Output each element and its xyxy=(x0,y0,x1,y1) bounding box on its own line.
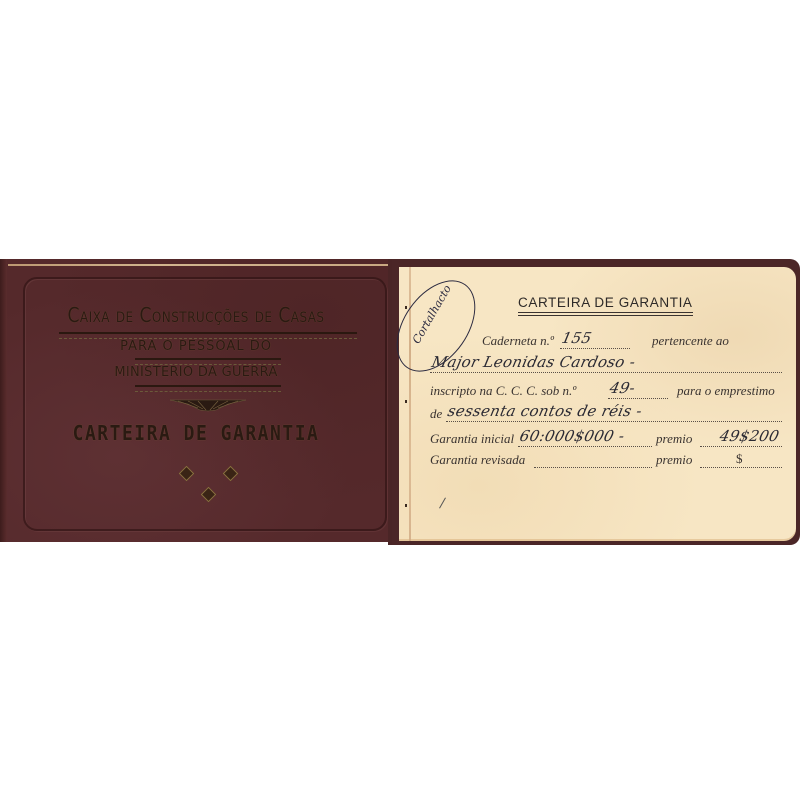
caderneta-row: Caderneta n.º 155 pertencente ao xyxy=(430,333,782,351)
form-fields: Caderneta n.º 155 pertencente ao Major L… xyxy=(430,0,785,286)
cover-subtitle-2: MINISTERIO DA GUERRA xyxy=(0,365,392,380)
inscripto-value: 49- xyxy=(608,379,637,397)
cover-top-edge xyxy=(8,264,392,266)
premio-inicial-label: premio xyxy=(656,431,692,447)
holder-value: Major Leonidas Cardoso - xyxy=(430,353,637,371)
stitch-mark xyxy=(405,504,407,507)
caderneta-field[interactable]: 155 xyxy=(560,332,630,349)
cover-title: Caixa de Construcções de Casas xyxy=(27,303,364,327)
emprestimo-row: de sessenta contos de réis - xyxy=(430,406,782,424)
caderneta-label: Caderneta n.º xyxy=(482,333,554,349)
premio-revisado-label: premio xyxy=(656,452,692,468)
booklet-cover: Caixa de Construcções de Casas PARA O PE… xyxy=(0,259,392,542)
cover-label: CARTEIRA DE GARANTIA xyxy=(0,421,392,445)
holder-row: Major Leonidas Cardoso - xyxy=(430,357,782,375)
garantia-revisada-label: Garantia revisada xyxy=(430,452,525,468)
premio-inicial-field[interactable]: 49$200 xyxy=(700,430,782,447)
wing-ornament-icon xyxy=(168,398,248,412)
pertencente-label: pertencente ao xyxy=(652,333,729,349)
de-label: de xyxy=(430,406,442,422)
inscripto-label: inscripto na C. C. C. sob n.º xyxy=(430,383,576,399)
premio-revisado-value: $ xyxy=(736,451,743,467)
holder-field[interactable]: Major Leonidas Cardoso - xyxy=(430,356,782,373)
cover-rule xyxy=(59,332,357,339)
garantia-revisada-row: Garantia revisada premio $ xyxy=(430,452,782,470)
garantia-revisada-field[interactable] xyxy=(534,451,652,468)
premio-inicial-value: 49$200 xyxy=(718,427,781,445)
cover-subtitle-1: PARA O PESSOAL DO xyxy=(0,339,392,354)
caderneta-value: 155 xyxy=(560,329,593,347)
garantia-inicial-label: Garantia inicial xyxy=(430,431,514,447)
stitch-mark xyxy=(405,306,407,309)
garantia-inicial-row: Garantia inicial 60:000$000 - premio 49$… xyxy=(430,431,782,449)
emprestimo-value: sessenta contos de réis - xyxy=(446,402,644,420)
inscripto-field[interactable]: 49- xyxy=(608,382,668,399)
garantia-inicial-value: 60:000$000 - xyxy=(518,427,626,445)
cover-spine xyxy=(0,259,7,542)
cover-rule xyxy=(135,385,281,392)
garantia-inicial-field[interactable]: 60:000$000 - xyxy=(518,430,652,447)
premio-revisado-field[interactable]: $ xyxy=(700,451,782,468)
emprestimo-field[interactable]: sessenta contos de réis - xyxy=(446,405,782,422)
emprestimo-label: para o emprestimo xyxy=(677,383,775,399)
inscripto-row: inscripto na C. C. C. sob n.º 49- para o… xyxy=(430,383,782,401)
cover-rule xyxy=(135,358,281,365)
stitch-mark xyxy=(405,400,407,403)
form-title: CARTEIRA DE GARANTIA xyxy=(518,295,693,313)
